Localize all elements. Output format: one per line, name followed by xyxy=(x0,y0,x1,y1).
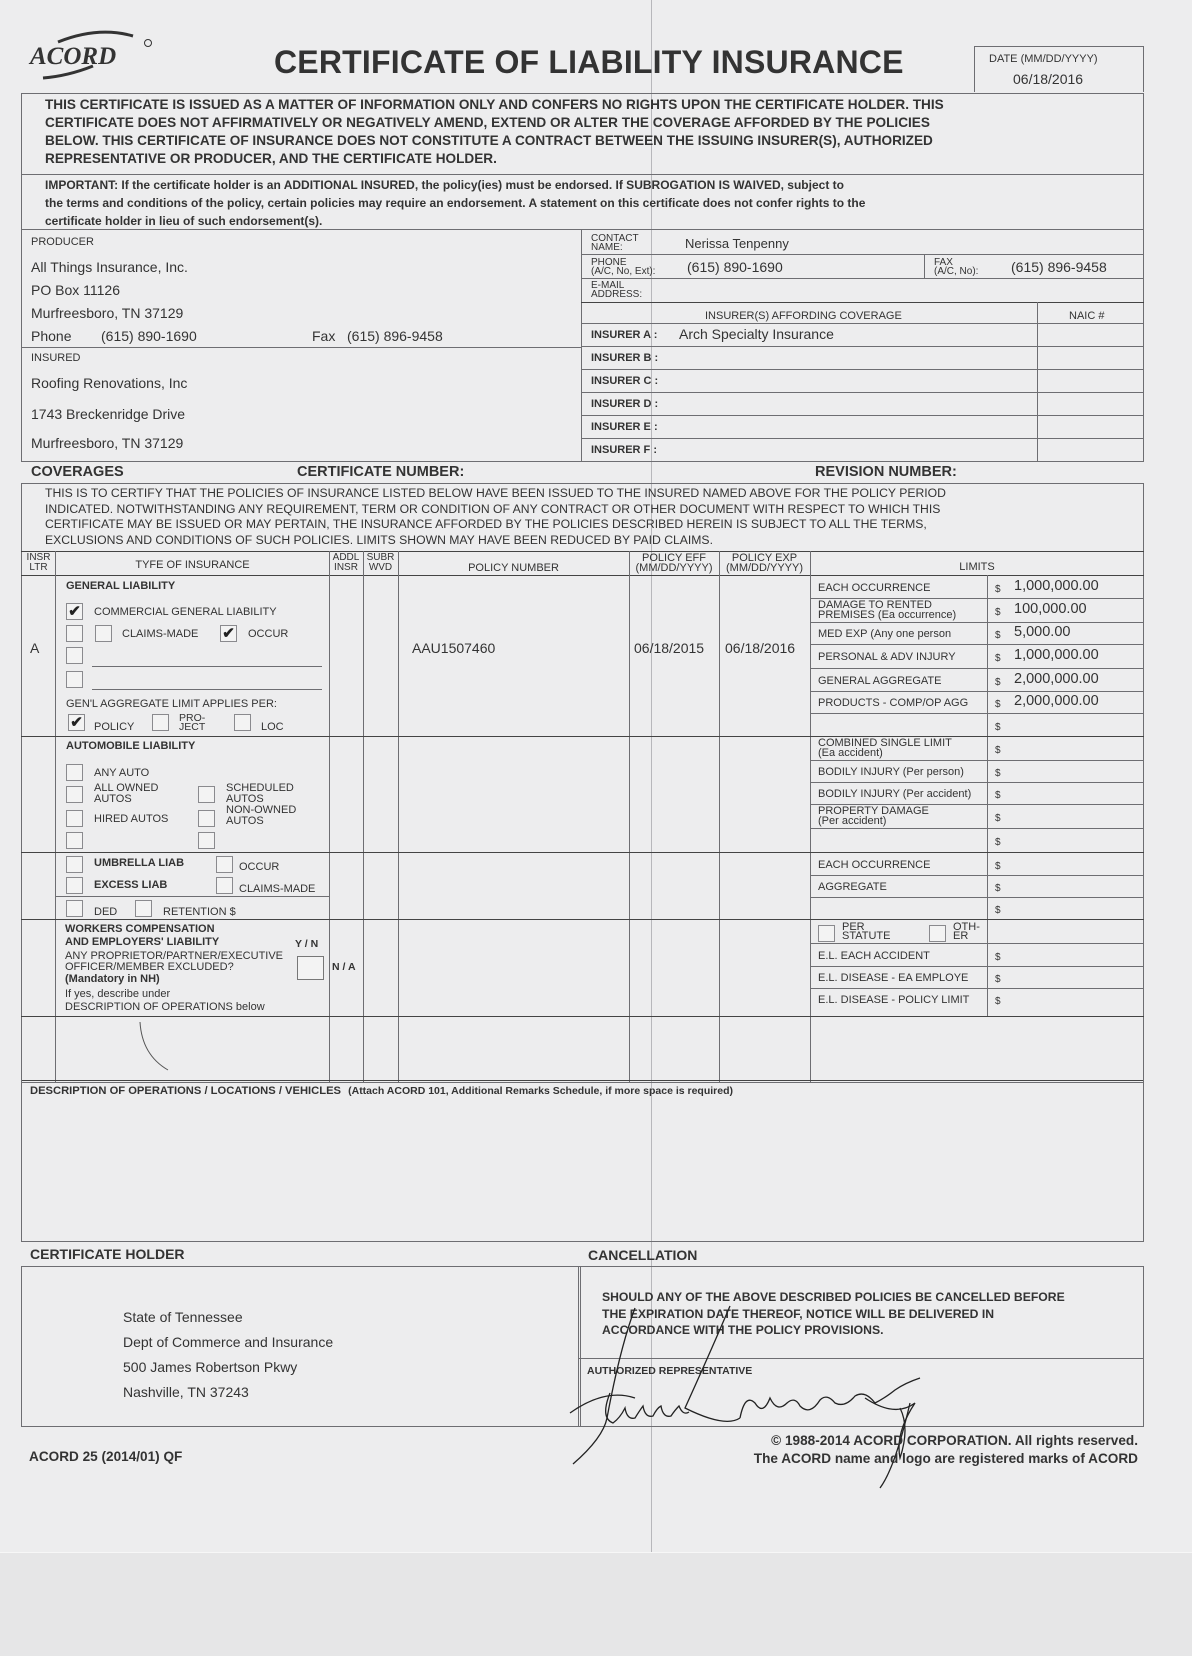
acord-logo-icon: ACORD xyxy=(28,28,153,84)
limit-value-field[interactable] xyxy=(1014,784,1139,801)
insurer-naic-field[interactable] xyxy=(1043,441,1139,459)
label-line: (Per accident) xyxy=(818,816,929,826)
label-line: NAME: xyxy=(591,243,639,252)
header-line: (MM/DD/YYYY) xyxy=(719,563,810,573)
limit-label: E.L. DISEASE - EA EMPLOYE xyxy=(818,973,968,983)
non-owned-autos-label: NON-OWNED AUTOS xyxy=(226,805,296,827)
currency-symbol: $ xyxy=(995,906,1001,915)
description-label: DESCRIPTION OF OPERATIONS / LOCATIONS / … xyxy=(30,1085,733,1097)
scheduled-autos-label: SCHEDULED AUTOS xyxy=(226,783,294,805)
svg-text:ACORD: ACORD xyxy=(28,43,116,70)
insurer-naic-field[interactable] xyxy=(1043,326,1139,344)
label-line: E.L. DISEASE - POLICY LIMIT xyxy=(818,995,969,1005)
producer-address2: Murfreesboro, TN 37129 xyxy=(31,305,183,321)
policy-checkbox[interactable]: ✔ xyxy=(68,714,85,731)
limit-label: PERSONAL & ADV INJURY xyxy=(818,652,956,662)
divider xyxy=(55,896,329,897)
divider xyxy=(581,323,1144,324)
limit-value-field[interactable]: 2,000,000.00 xyxy=(1014,693,1139,710)
gl-extra-checkbox-3[interactable] xyxy=(66,671,83,688)
label-line: WORKERS COMPENSATION xyxy=(65,923,219,936)
umbrella-liab-checkbox[interactable] xyxy=(66,856,83,873)
label-line: AUTOS xyxy=(226,816,296,827)
certify-text: THIS IS TO CERTIFY THAT THE POLICIES OF … xyxy=(45,486,946,548)
producer-phone-label: Phone xyxy=(31,328,71,344)
limit-label: COMBINED SINGLE LIMIT(Ea accident) xyxy=(818,738,952,758)
non-owned-autos-checkbox[interactable] xyxy=(198,810,215,827)
important-line: the terms and conditions of the policy, … xyxy=(45,194,865,212)
divider xyxy=(810,713,1144,714)
gl-aggregate-label: GEN'L AGGREGATE LIMIT APPLIES PER: xyxy=(66,698,277,710)
label-line: PRODUCTS - COMP/OP AGG xyxy=(818,698,968,708)
producer-address1: PO Box 11126 xyxy=(31,282,120,298)
retention-checkbox[interactable] xyxy=(135,900,152,917)
scan-background xyxy=(0,1552,1192,1656)
umbrella-liab-label: UMBRELLA LIAB xyxy=(94,857,184,869)
limit-label: EACH OCCURRENCE xyxy=(818,583,930,593)
divider xyxy=(21,174,1144,175)
limit-value-field[interactable] xyxy=(1014,807,1139,824)
divider xyxy=(581,415,1144,416)
divider xyxy=(810,966,1144,967)
limit-value-field[interactable] xyxy=(1014,877,1139,894)
divider xyxy=(810,782,1144,783)
divider xyxy=(924,254,925,278)
col-addl-insr: ADDL INSR xyxy=(329,553,363,573)
certify-line: THIS IS TO CERTIFY THAT THE POLICIES OF … xyxy=(45,486,946,502)
limit-value-field[interactable] xyxy=(1014,716,1139,733)
project-label: PRO- JECT xyxy=(179,714,205,732)
limit-value-field[interactable] xyxy=(1014,968,1139,985)
occur-label: OCCUR xyxy=(248,628,288,640)
umbrella-claims-made-checkbox[interactable] xyxy=(216,877,233,894)
copyright: © 1988-2014 ACORD CORPORATION. All right… xyxy=(771,1433,1138,1448)
cgl-label: COMMERCIAL GENERAL LIABILITY xyxy=(94,606,277,618)
gl-insr-ltr: A xyxy=(30,640,39,656)
col-policy-eff: POLICY EFF (MM/DD/YYYY) xyxy=(629,553,719,573)
producer-name: All Things Insurance, Inc. xyxy=(31,259,188,275)
wc-excluded-checkbox[interactable] xyxy=(297,956,324,980)
currency-symbol: $ xyxy=(995,723,1001,732)
divider xyxy=(21,1016,1144,1017)
disclaimer-text: THIS CERTIFICATE IS ISSUED AS A MATTER O… xyxy=(45,96,944,168)
col-policy-exp: POLICY EXP (MM/DD/YYYY) xyxy=(719,553,810,573)
wc-mandatory: (Mandatory in NH) xyxy=(65,975,160,984)
gl-title: GENERAL LIABILITY xyxy=(66,580,175,592)
label-line: (A/C, No): xyxy=(934,267,978,276)
limit-label: AGGREGATE xyxy=(818,882,887,892)
certify-line: CERTIFICATE MAY BE ISSUED OR MAY PERTAIN… xyxy=(45,517,946,533)
divider xyxy=(810,644,1144,645)
currency-symbol: $ xyxy=(995,654,1001,663)
currency-symbol: $ xyxy=(995,884,1001,893)
col-insr-ltr: INSR LTR xyxy=(22,553,55,573)
limit-label: DAMAGE TO RENTEDPREMISES (Ea occurrence) xyxy=(818,600,956,620)
header-line: (MM/DD/YYYY) xyxy=(629,563,719,573)
limit-label: BODILY INJURY (Per accident) xyxy=(818,789,971,799)
holder-line: 500 James Robertson Pkwy xyxy=(123,1355,333,1380)
cancellation-label: CANCELLATION xyxy=(588,1247,697,1263)
scheduled-autos-checkbox[interactable] xyxy=(198,786,215,803)
insured-address2: Murfreesboro, TN 37129 xyxy=(31,435,183,451)
loc-checkbox[interactable] xyxy=(234,714,251,731)
insurer-naic-field[interactable] xyxy=(1043,349,1139,367)
limit-label: E.L. EACH ACCIDENT xyxy=(818,951,930,961)
label-line: ER xyxy=(953,932,980,941)
label-line: EACH OCCURRENCE xyxy=(818,860,930,870)
producer-fax-label: Fax xyxy=(312,328,335,344)
gl-extra-checkbox-1[interactable] xyxy=(66,625,83,642)
contact-email-label: E-MAIL ADDRESS: xyxy=(591,281,642,299)
wc-yn-label: Y / N xyxy=(295,938,318,950)
limit-value-field[interactable] xyxy=(1014,739,1139,756)
header-line: LTR xyxy=(22,563,55,573)
wc-describe: If yes, describe under DESCRIPTION OF OP… xyxy=(65,988,265,1014)
any-auto-label: ANY AUTO xyxy=(94,767,149,779)
retention-label: RETENTION $ xyxy=(163,906,236,918)
divider xyxy=(21,575,1144,576)
umbrella-claims-made-label: CLAIMS-MADE xyxy=(239,883,315,895)
label-line: AND EMPLOYERS' LIABILITY xyxy=(65,936,219,949)
coverages-label: COVERAGES xyxy=(31,464,124,480)
description-title: DESCRIPTION OF OPERATIONS / LOCATIONS / … xyxy=(30,1085,341,1097)
limit-value-field[interactable]: 1,000,000.00 xyxy=(1014,578,1139,595)
divider xyxy=(810,875,1144,876)
currency-symbol: $ xyxy=(995,814,1001,823)
insured-address1: 1743 Breckenridge Drive xyxy=(31,406,185,422)
auto-extra-checkbox-1[interactable] xyxy=(66,832,83,849)
label-line: BODILY INJURY (Per accident) xyxy=(818,789,971,799)
holder-line: State of Tennessee xyxy=(123,1305,333,1330)
per-statute-checkbox[interactable] xyxy=(818,925,835,942)
certificate-number-label: CERTIFICATE NUMBER: xyxy=(297,464,464,480)
insurer-label: INSURER E : xyxy=(591,421,658,433)
label-line: GENERAL AGGREGATE xyxy=(818,676,941,686)
divider xyxy=(581,369,1144,370)
gl-policy-eff: 06/18/2015 xyxy=(634,640,704,656)
col-type: TYFE OF INSURANCE xyxy=(56,560,329,570)
divider xyxy=(581,438,1144,439)
disclaimer-line: THIS CERTIFICATE IS ISSUED AS A MATTER O… xyxy=(45,96,944,114)
divider xyxy=(810,668,1144,669)
currency-symbol: $ xyxy=(995,953,1001,962)
insurer-name-field[interactable] xyxy=(679,349,1029,367)
holder-line: Dept of Commerce and Insurance xyxy=(123,1330,333,1355)
certify-line: INDICATED. NOTWITHSTANDING ANY REQUIREME… xyxy=(45,502,946,518)
important-text: IMPORTANT: If the certificate holder is … xyxy=(45,176,865,230)
wc-title: WORKERS COMPENSATION AND EMPLOYERS' LIAB… xyxy=(65,923,219,949)
certificate-page: ACORD CERTIFICATE OF LIABILITY INSURANCE… xyxy=(0,0,1192,1552)
gl-extra-checkbox-2[interactable] xyxy=(66,647,83,664)
divider xyxy=(810,691,1144,692)
producer-label: PRODUCER xyxy=(31,236,94,248)
limit-label: PRODUCTS - COMP/OP AGG xyxy=(818,698,968,708)
limit-value-field[interactable] xyxy=(1014,899,1139,916)
policy-label: POLICY xyxy=(94,721,134,733)
limit-value-field[interactable]: 1,000,000.00 xyxy=(1014,647,1139,664)
divider xyxy=(363,551,364,1083)
insurer-label: INSURER F : xyxy=(591,444,657,456)
divider xyxy=(629,551,630,1083)
wc-na-label: N / A xyxy=(332,961,356,973)
divider xyxy=(810,897,1144,898)
label-line: E.L. EACH ACCIDENT xyxy=(818,951,930,961)
divider xyxy=(21,736,1144,737)
insured-name: Roofing Renovations, Inc xyxy=(31,375,187,391)
limit-value-field[interactable] xyxy=(1014,990,1139,1007)
limit-value-field[interactable]: 5,000.00 xyxy=(1014,624,1139,641)
limit-label: PROPERTY DAMAGE(Per accident) xyxy=(818,806,929,826)
divider xyxy=(987,575,988,1016)
divider xyxy=(581,346,1144,347)
label-line: PREMISES (Ea occurrence) xyxy=(818,610,956,620)
divider xyxy=(398,551,399,1083)
important-line: certificate holder in lieu of such endor… xyxy=(45,212,865,230)
header-line: WVD xyxy=(363,563,398,573)
divider xyxy=(581,392,1144,393)
certify-line: EXCLUSIONS AND CONDITIONS OF SUCH POLICI… xyxy=(45,533,946,549)
divider xyxy=(21,551,1144,552)
label-line: AGGREGATE xyxy=(818,882,887,892)
all-owned-autos-label: ALL OWNED AUTOS xyxy=(94,783,158,805)
contact-phone-label: PHONE (A/C, No, Ext): xyxy=(591,258,655,276)
umbrella-occur-checkbox[interactable] xyxy=(216,856,233,873)
col-subr-wvd: SUBR WVD xyxy=(363,553,398,573)
all-owned-autos-checkbox[interactable] xyxy=(66,786,83,803)
divider xyxy=(810,828,1144,829)
divider xyxy=(581,254,1144,255)
currency-symbol: $ xyxy=(995,678,1001,687)
ded-label: DED xyxy=(94,906,117,918)
contact-email-field[interactable] xyxy=(687,282,1127,298)
claims-made-label: CLAIMS-MADE xyxy=(122,628,198,640)
gl-policy-number: AAU1507460 xyxy=(412,640,495,656)
certificate-holder-label: CERTIFICATE HOLDER xyxy=(30,1246,185,1262)
divider xyxy=(810,551,811,1083)
divider xyxy=(581,278,1144,279)
currency-symbol: $ xyxy=(995,838,1001,847)
divider xyxy=(21,852,1144,853)
insurer-name-field[interactable] xyxy=(679,395,1029,413)
insurer-name-field[interactable]: Arch Specialty Insurance xyxy=(679,326,1029,344)
col-policy-number: POLICY NUMBER xyxy=(398,563,629,573)
label-line: (Ea accident) xyxy=(818,748,952,758)
limit-value-field[interactable] xyxy=(1014,946,1139,963)
date-value: 06/18/2016 xyxy=(1013,71,1083,87)
label-line: STATUTE xyxy=(842,932,890,941)
label-line: PERSONAL & ADV INJURY xyxy=(818,652,956,662)
other-label: OTH- ER xyxy=(953,923,980,941)
contact-name-field[interactable]: Nerissa Tenpenny xyxy=(685,236,789,251)
contact-name-label: CONTACT NAME: xyxy=(591,234,639,252)
limit-value-field[interactable] xyxy=(1014,831,1139,848)
currency-symbol: $ xyxy=(995,791,1001,800)
any-auto-checkbox[interactable] xyxy=(66,764,83,781)
limit-label: BODILY INJURY (Per person) xyxy=(818,767,964,777)
insurer-label: INSURER D : xyxy=(591,398,658,410)
insurer-name-field[interactable] xyxy=(679,418,1029,436)
limit-label: E.L. DISEASE - POLICY LIMIT xyxy=(818,995,969,1005)
ded-checkbox[interactable] xyxy=(66,900,83,917)
producer-phone: (615) 890-1690 xyxy=(101,328,197,344)
loc-label: LOC xyxy=(261,721,284,733)
divider xyxy=(810,943,1144,944)
label-line: E.L. DISEASE - EA EMPLOYE xyxy=(818,973,968,983)
divider xyxy=(810,988,1144,989)
occur-checkbox[interactable]: ✔ xyxy=(220,625,237,642)
currency-symbol: $ xyxy=(995,585,1001,594)
umbrella-occur-label: OCCUR xyxy=(239,861,279,873)
per-statute-label: PER STATUTE xyxy=(842,923,890,941)
contact-phone-field[interactable]: (615) 890-1690 xyxy=(687,259,783,275)
divider xyxy=(810,622,1144,623)
label-line: OFFICER/MEMBER EXCLUDED? xyxy=(65,962,283,973)
disclaimer-line: CERTIFICATE DOES NOT AFFIRMATIVELY OR NE… xyxy=(45,114,944,132)
insurer-naic-field[interactable] xyxy=(1043,395,1139,413)
excess-liab-checkbox[interactable] xyxy=(66,877,83,894)
divider xyxy=(810,760,1144,761)
excess-liab-label: EXCESS LIAB xyxy=(94,879,167,891)
divider xyxy=(21,919,1144,920)
limit-value-field[interactable] xyxy=(1014,855,1139,872)
auto-extra-checkbox-2[interactable] xyxy=(198,832,215,849)
auto-title: AUTOMOBILE LIABILITY xyxy=(66,740,195,752)
currency-symbol: $ xyxy=(995,700,1001,709)
insured-label: INSURED xyxy=(31,352,81,364)
other-checkbox[interactable] xyxy=(929,925,946,942)
label-line: EACH OCCURRENCE xyxy=(818,583,930,593)
insurer-naic-field[interactable] xyxy=(1043,372,1139,390)
limit-label: GENERAL AGGREGATE xyxy=(818,676,941,686)
gl-blank-field-1[interactable] xyxy=(92,666,322,667)
hired-autos-checkbox[interactable] xyxy=(66,810,83,827)
description-field[interactable] xyxy=(30,1104,1130,1234)
acord-logo: ACORD xyxy=(28,28,153,84)
label-line: AUTOS xyxy=(94,794,158,805)
insurer-label: INSURER B : xyxy=(591,352,658,364)
divider xyxy=(329,551,330,1083)
revision-number-label: REVISION NUMBER: xyxy=(815,464,957,480)
insurer-name-field[interactable] xyxy=(679,372,1029,390)
date-label: DATE (MM/DD/YYYY) xyxy=(989,53,1098,65)
divider xyxy=(21,347,581,348)
label-line: MED EXP (Any one person xyxy=(818,629,951,639)
description-note: (Attach ACORD 101, Additional Remarks Sc… xyxy=(348,1085,733,1097)
cgl-checkbox[interactable]: ✔ xyxy=(66,603,83,620)
disclaimer-line: BELOW. THIS CERTIFICATE OF INSURANCE DOE… xyxy=(45,132,944,150)
currency-symbol: $ xyxy=(995,862,1001,871)
limit-label: MED EXP (Any one person xyxy=(818,629,951,639)
important-line: IMPORTANT: If the certificate holder is … xyxy=(45,176,865,194)
col-limits: LIMITS xyxy=(810,562,1144,572)
limit-value-field[interactable] xyxy=(1014,762,1139,779)
header-line: INSR xyxy=(329,563,363,573)
producer-fax: (615) 896-9458 xyxy=(347,328,443,344)
divider xyxy=(581,302,1144,303)
limit-label: EACH OCCURRENCE xyxy=(818,860,930,870)
insurer-name-field[interactable] xyxy=(679,441,1029,459)
project-checkbox[interactable] xyxy=(152,714,169,731)
label-line: BODILY INJURY (Per person) xyxy=(818,767,964,777)
naic-header: NAIC # xyxy=(1069,310,1104,322)
insurer-label: INSURER C : xyxy=(591,375,658,387)
certificate-holder-address: State of Tennessee Dept of Commerce and … xyxy=(123,1305,333,1405)
contact-fax-field[interactable]: (615) 896-9458 xyxy=(1011,259,1107,275)
label-line: (A/C, No, Ext): xyxy=(591,267,655,276)
insurer-label: INSURER A : xyxy=(591,329,657,341)
page-title: CERTIFICATE OF LIABILITY INSURANCE xyxy=(274,44,904,81)
limit-value-field[interactable]: 2,000,000.00 xyxy=(1014,671,1139,688)
divider xyxy=(55,551,56,1083)
currency-symbol: $ xyxy=(995,975,1001,984)
label-line: JECT xyxy=(179,723,205,732)
currency-symbol: $ xyxy=(995,746,1001,755)
label-line: ADDRESS: xyxy=(591,290,642,299)
divider xyxy=(719,551,720,1083)
trademark: The ACORD name and logo are registered m… xyxy=(754,1451,1138,1466)
holder-line: Nashville, TN 37243 xyxy=(123,1380,333,1405)
limit-value-field[interactable]: 100,000.00 xyxy=(1014,601,1139,618)
wc-question: ANY PROPRIETOR/PARTNER/EXECUTIVE OFFICER… xyxy=(65,951,283,973)
form-id: ACORD 25 (2014/01) QF xyxy=(29,1449,182,1464)
currency-symbol: $ xyxy=(995,997,1001,1006)
currency-symbol: $ xyxy=(995,608,1001,617)
disclaimer-line: REPRESENTATIVE OR PRODUCER, AND THE CERT… xyxy=(45,150,944,168)
label-line: DESCRIPTION OF OPERATIONS below xyxy=(65,1001,265,1014)
insurer-naic-field[interactable] xyxy=(1043,418,1139,436)
insurers-header: INSURER(S) AFFORDING COVERAGE xyxy=(705,310,902,322)
label-line: If yes, describe under xyxy=(65,988,265,1001)
currency-symbol: $ xyxy=(995,631,1001,640)
pen-mark-icon xyxy=(130,1020,190,1075)
contact-fax-label: FAX (A/C, No): xyxy=(934,258,978,276)
gl-policy-exp: 06/18/2016 xyxy=(725,640,795,656)
gl-blank-field-2[interactable] xyxy=(92,689,322,690)
currency-symbol: $ xyxy=(995,769,1001,778)
hired-autos-label: HIRED AUTOS xyxy=(94,813,168,825)
claims-made-checkbox[interactable] xyxy=(95,625,112,642)
